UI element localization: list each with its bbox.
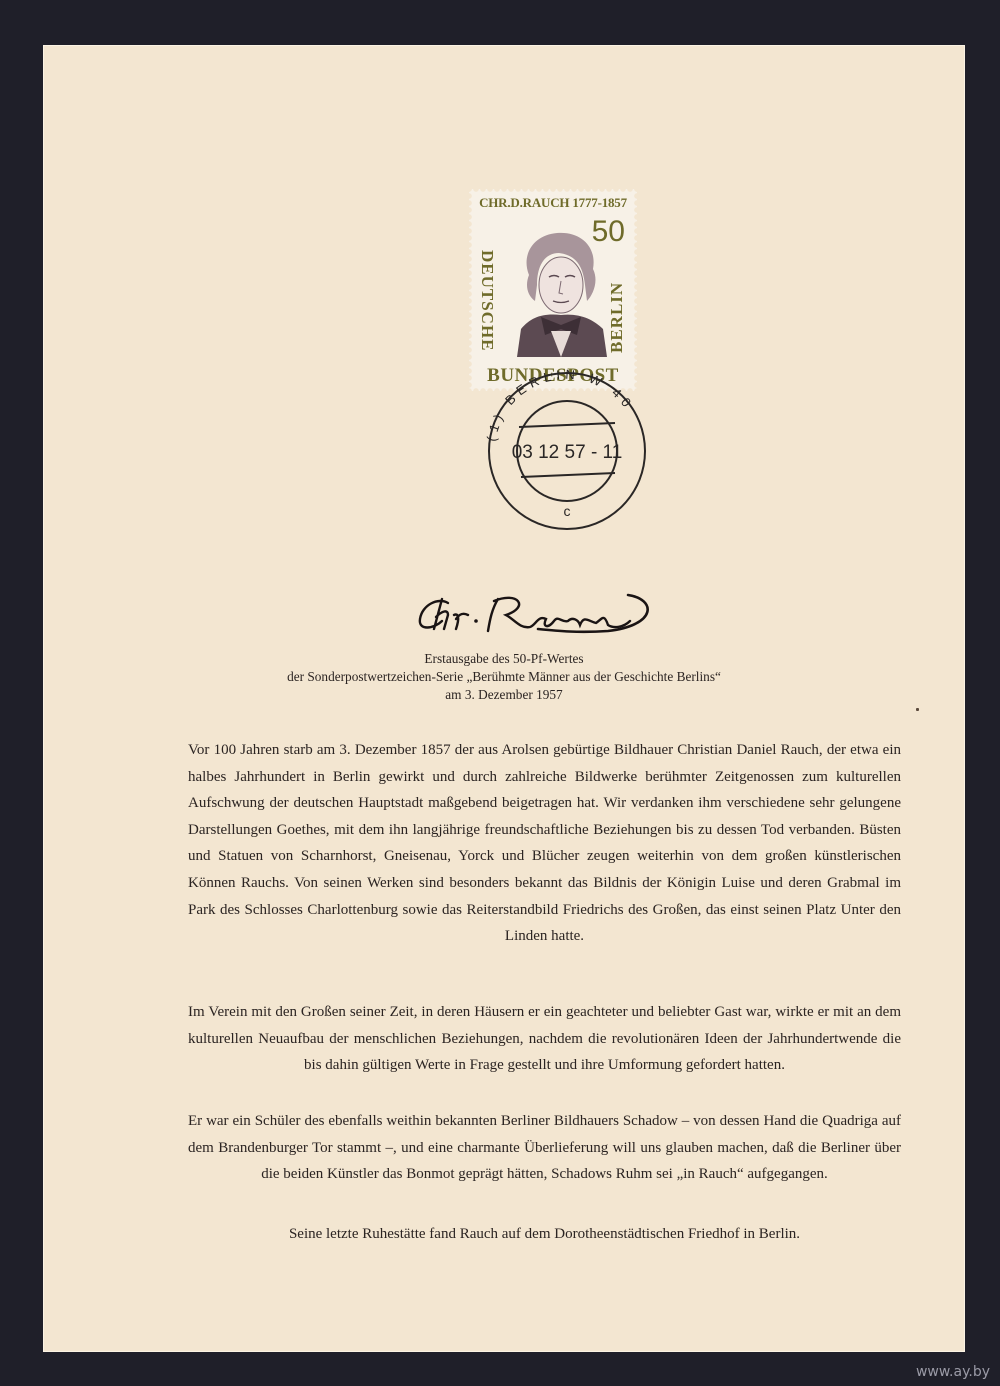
postmark-city: (1) BERLIN W 40 xyxy=(484,367,638,443)
portrait-icon xyxy=(507,225,613,357)
caption-line: Erstausgabe des 50-Pf-Wertes xyxy=(43,650,965,668)
postage-stamp: CHR.D.RAUCH 1777-1857 50 DEUTSCHE BERLIN… xyxy=(469,189,637,391)
postmark-date: 03 12 57 - 11 xyxy=(512,442,623,463)
signature-image xyxy=(408,585,678,637)
watermark: www.ay.by xyxy=(916,1364,990,1380)
paper-speck xyxy=(916,708,919,711)
stamp-title: CHR.D.RAUCH 1777-1857 xyxy=(469,195,637,211)
svg-text:(1) BERLIN W 40: (1) BERLIN W 40 xyxy=(484,367,638,443)
caption-line: der Sonderpostwertzeichen-Serie „Berühmt… xyxy=(43,668,965,686)
first-issue-caption: Erstausgabe des 50-Pf-Wertes der Sonderp… xyxy=(43,650,965,704)
paragraph: Er war ein Schüler des ebenfalls weithin… xyxy=(188,1108,901,1188)
paragraph: Seine letzte Ruhestätte fand Rauch auf d… xyxy=(188,1221,901,1248)
paragraph: Im Verein mit den Großen seiner Zeit, in… xyxy=(188,999,901,1079)
stamp-country: DEUTSCHE xyxy=(477,241,497,361)
caption-line: am 3. Dezember 1957 xyxy=(43,686,965,704)
souvenir-card: CHR.D.RAUCH 1777-1857 50 DEUTSCHE BERLIN… xyxy=(43,45,965,1352)
postmark-letter: c xyxy=(564,503,571,519)
postmark-cancellation: (1) BERLIN W 40 03 12 57 - 11 c xyxy=(471,363,661,533)
paragraph: Vor 100 Jahren starb am 3. Dezember 1857… xyxy=(188,737,901,950)
